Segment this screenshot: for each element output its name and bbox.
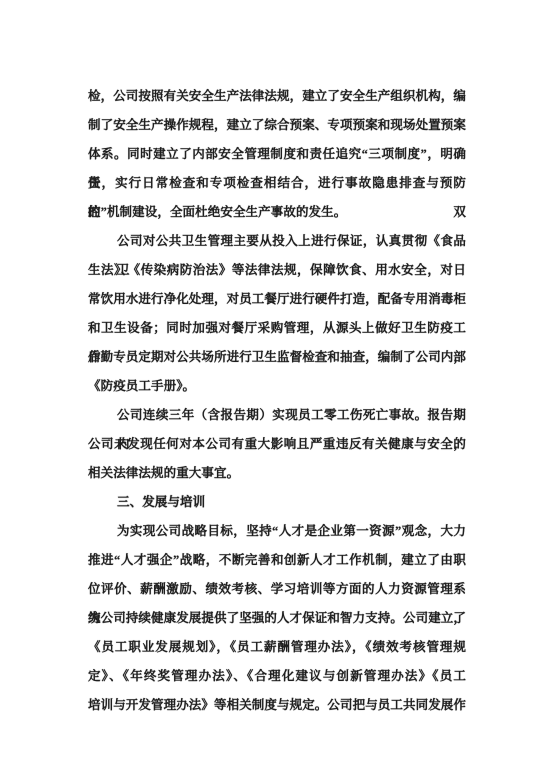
- document-line: 位评价、薪酬激励、绩效考核、学习培训等方面的人力资源管理系统，: [88, 575, 466, 604]
- document-line: 任，实行日常检查和专项检查相结合，进行事故隐患排查与预防的“双: [88, 169, 466, 198]
- document-line: 定》、《年终奖管理办法》、《合理化建议与创新管理办法》《员工: [88, 662, 466, 691]
- document-line: 和卫生设备；同时加强对餐厅采购管理，从源头上做好卫生防疫工作，: [88, 314, 466, 343]
- document-line: 《防疫员工手册》。: [88, 372, 466, 401]
- document-line: 体系。同时建立了内部安全管理制度和责任追究“三项制度”，明确责: [88, 140, 466, 169]
- document-text-block: 检，公司按照有关安全生产法律法规，建立了安全生产组织机构，编制了安全生产操作规程…: [88, 82, 466, 720]
- document-line: 推进“人才强企”战略，不断完善和创新人才工作机制，建立了由职: [88, 546, 466, 575]
- document-line: 为实现公司战略目标，坚持“人才是企业第一资源”观念，大力: [88, 517, 466, 546]
- document-line: 生法》、《传染病防治法》等法律法规，保障饮食、用水安全，对日: [88, 256, 466, 285]
- document-line: 公司对公共卫生管理主要从投入上进行保证，认真贯彻《食品卫: [88, 227, 466, 256]
- document-line: 相关法律法规的重大事宜。: [88, 459, 466, 488]
- document-line: 培训与开发管理办法》等相关制度与规定。公司把与员工共同发展作: [88, 691, 466, 720]
- document-line: 检，公司按照有关安全生产法律法规，建立了安全生产组织机构，编: [88, 82, 466, 111]
- section-heading: 三、发展与培训: [88, 488, 466, 517]
- document-line: 公司连续三年（含报告期）实现员工零工伤死亡事故。报告期内，: [88, 401, 466, 430]
- document-line: 常饮用水进行净化处理，对员工餐厅进行硬件打造，配备专用消毒柜: [88, 285, 466, 314]
- document-line: 制了安全生产操作规程，建立了综合预案、专项预案和现场处置预案: [88, 111, 466, 140]
- document-line: 《员工职业发展规划》，《员工薪酬管理办法》，《绩效考核管理规: [88, 633, 466, 662]
- document-line: 为公司持续健康发展提供了坚强的人才保证和智力支持。公司建立了: [88, 604, 466, 633]
- document-line: 公司未发现任何对本公司有重大影响且严重违反有关健康与安全的: [88, 430, 466, 459]
- scan-artifact: [94, 702, 100, 705]
- document-page: 检，公司按照有关安全生产法律法规，建立了安全生产组织机构，编制了安全生产操作规程…: [0, 0, 546, 773]
- document-line: 后勤专员定期对公共场所进行卫生监督检查和抽查，编制了公司内部: [88, 343, 466, 372]
